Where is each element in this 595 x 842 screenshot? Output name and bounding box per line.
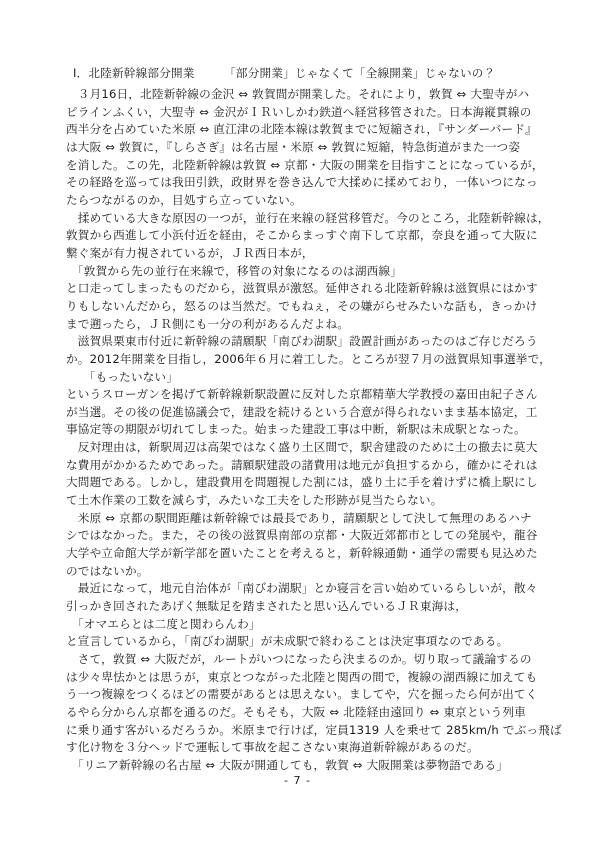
text-line: か。2012年開業を目指し，2006年６月に着工した。ところが翌７月の滋賀県知事… bbox=[66, 351, 532, 369]
text-line: るやら分からん京都を通るのだ。そもそも，大阪 ⇔ 北陸経由遠回り ⇔ 東京という… bbox=[66, 704, 532, 722]
text-line: て土木作業の工数を減らす，みたいな工夫をした形跡が見当たらない。 bbox=[66, 492, 532, 510]
text-line: 大学や立命館大学が新学部を置いたことを考えると，新幹線通勤・通学の需要も見込めた bbox=[66, 545, 532, 563]
section-title: Ⅰ．北陸新幹線部分開業 「部分開業」じゃなくて「全線開業」じゃないの？ bbox=[66, 64, 532, 82]
text-line: 「敦賀から先の並行在来線で，移管の対象になるのは湖西線」 bbox=[66, 263, 532, 281]
text-line: は少々卑怯かとは思うが，東京とつながった北陸と関西の間で，複線の湖西線に加えても bbox=[66, 669, 532, 687]
text-line: 西半分を占めていた米原 ⇔ 直江津の北陸本線は敦賀までに短縮され，『サンダーバー… bbox=[66, 121, 532, 139]
text-line: 揉めている大きな原因の一つが，並行在来線の経営移管だ。今のところ，北陸新幹線は， bbox=[66, 210, 532, 228]
text-line: と宣言しているから，「南びわ湖駅」が未成駅で終わることは決定事項なのである。 bbox=[66, 633, 532, 651]
page-number: - 7 - bbox=[0, 774, 595, 787]
text-line: りもしないんだから，怒るのは当然だ。でもねぇ，その嫌がらせみたいな話も，きっかけ bbox=[66, 298, 532, 316]
text-line: 引っかき回されたあげく無駄足を踏まされたと思い込んでいるＪＲ東海は， bbox=[66, 598, 532, 616]
text-line: 大問題である。しかし，建設費用を問題視した割には，盛り土に手を着けずに橋上駅にし bbox=[66, 474, 532, 492]
text-line: な費用がかかるためであった。請願駅建設の諸費用は地元が負担するから，確かにそれは bbox=[66, 457, 532, 475]
text-line: ３月16日，北陸新幹線の金沢 ⇔ 敦賀間が開業した。それにより，敦賀 ⇔ 大聖寺… bbox=[66, 86, 532, 104]
text-line: 「リニア新幹線の名古屋 ⇔ 大阪が開通しても，敦賀 ⇔ 大阪開業は夢物語である」 bbox=[66, 757, 532, 775]
text-line: 「もったいない」 bbox=[66, 369, 532, 387]
text-line: シではなかった。また，その後の滋賀県南部の京都・大阪近郊都市としての発展や，龍谷 bbox=[66, 527, 532, 545]
text-line: まで遡ったら，ＪＲ側にも一分の利があるんだよね。 bbox=[66, 316, 532, 334]
text-content: Ⅰ．北陸新幹線部分開業 「部分開業」じゃなくて「全線開業」じゃないの？ ３月16… bbox=[66, 64, 532, 775]
text-line: 米原 ⇔ 京都の駅間距離は新幹線では最長であり，請願駅として決して無理のあるハナ bbox=[66, 510, 532, 528]
body-text: ３月16日，北陸新幹線の金沢 ⇔ 敦賀間が開業した。それにより，敦賀 ⇔ 大聖寺… bbox=[66, 86, 532, 775]
text-line: を消した。この先，北陸新幹線は敦賀 ⇔ 京都・大阪の開業を目指すことになっている… bbox=[66, 157, 532, 175]
text-line: さて，敦賀 ⇔ 大阪だが，ルートがいつになったら決まるのか。切り取って議論するの bbox=[66, 651, 532, 669]
text-line: というスローガンを掲げて新幹線新駅設置に反対した京都精華大学教授の嘉田由紀子さん bbox=[66, 386, 532, 404]
text-line: に乗り通す客がいるだろうか。米原まで行けば，定員1319 人を乗せて 285km… bbox=[66, 722, 532, 740]
text-line: と口走ってしまったものだから，滋賀県が激怒。延伸される北陸新幹線は滋賀県にはかす bbox=[66, 280, 532, 298]
text-line: ピラインふくい，大聖寺 ⇔ 金沢がＩＲいしかわ鉄道へ経営移管された。日本海縦貫線… bbox=[66, 104, 532, 122]
text-line: う一つ複線をつくるほどの需要があるとは思えない。ましてや，穴を掘ったら何が出てく bbox=[66, 686, 532, 704]
text-line: す化け物を３分ヘッドで運転して事故を起こさない東海道新幹線があるのだ。 bbox=[66, 739, 532, 757]
document-page: Ⅰ．北陸新幹線部分開業 「部分開業」じゃなくて「全線開業」じゃないの？ ３月16… bbox=[0, 0, 595, 842]
text-line: 反対理由は，新駅周辺は高架ではなく盛り土区間で，駅舎建設のために土の撤去に莫大 bbox=[66, 439, 532, 457]
text-line: は大阪 ⇔ 敦賀に，『しらさぎ』は名古屋・米原 ⇔ 敦賀に短縮，特急街道がまた一… bbox=[66, 139, 532, 157]
text-line: 事協定等の期限が切れてしまった。始まった建設工事は中断，新駅は未成駅となった。 bbox=[66, 421, 532, 439]
text-line: 滋賀県栗東市付近に新幹線の請願駅「南びわ湖駅」設置計画があったのはご存じだろう bbox=[66, 333, 532, 351]
text-line: のではないか。 bbox=[66, 563, 532, 581]
text-line: その経路を巡っては我田引鉄，政財界を巻き込んで大揉めに揉めており，一体いつになっ bbox=[66, 174, 532, 192]
text-line: が当選。その後の促進協議会で，建設を続けるという合意が得られないまま基本協定，工 bbox=[66, 404, 532, 422]
text-line: たらつながるのか，目処すら立っていない。 bbox=[66, 192, 532, 210]
text-line: 繋ぐ案が有力視されているが，ＪＲ西日本が， bbox=[66, 245, 532, 263]
text-line: 最近になって，地元自治体が「南びわ湖駅」とか寝言を言い始めているらしいが，散々 bbox=[66, 580, 532, 598]
text-line: 「オマエらとは二度と関わらんわ」 bbox=[66, 616, 532, 634]
text-line: 敦賀から西進して小浜付近を経由，そこからまっすぐ南下して京都，奈良を通って大阪に bbox=[66, 227, 532, 245]
